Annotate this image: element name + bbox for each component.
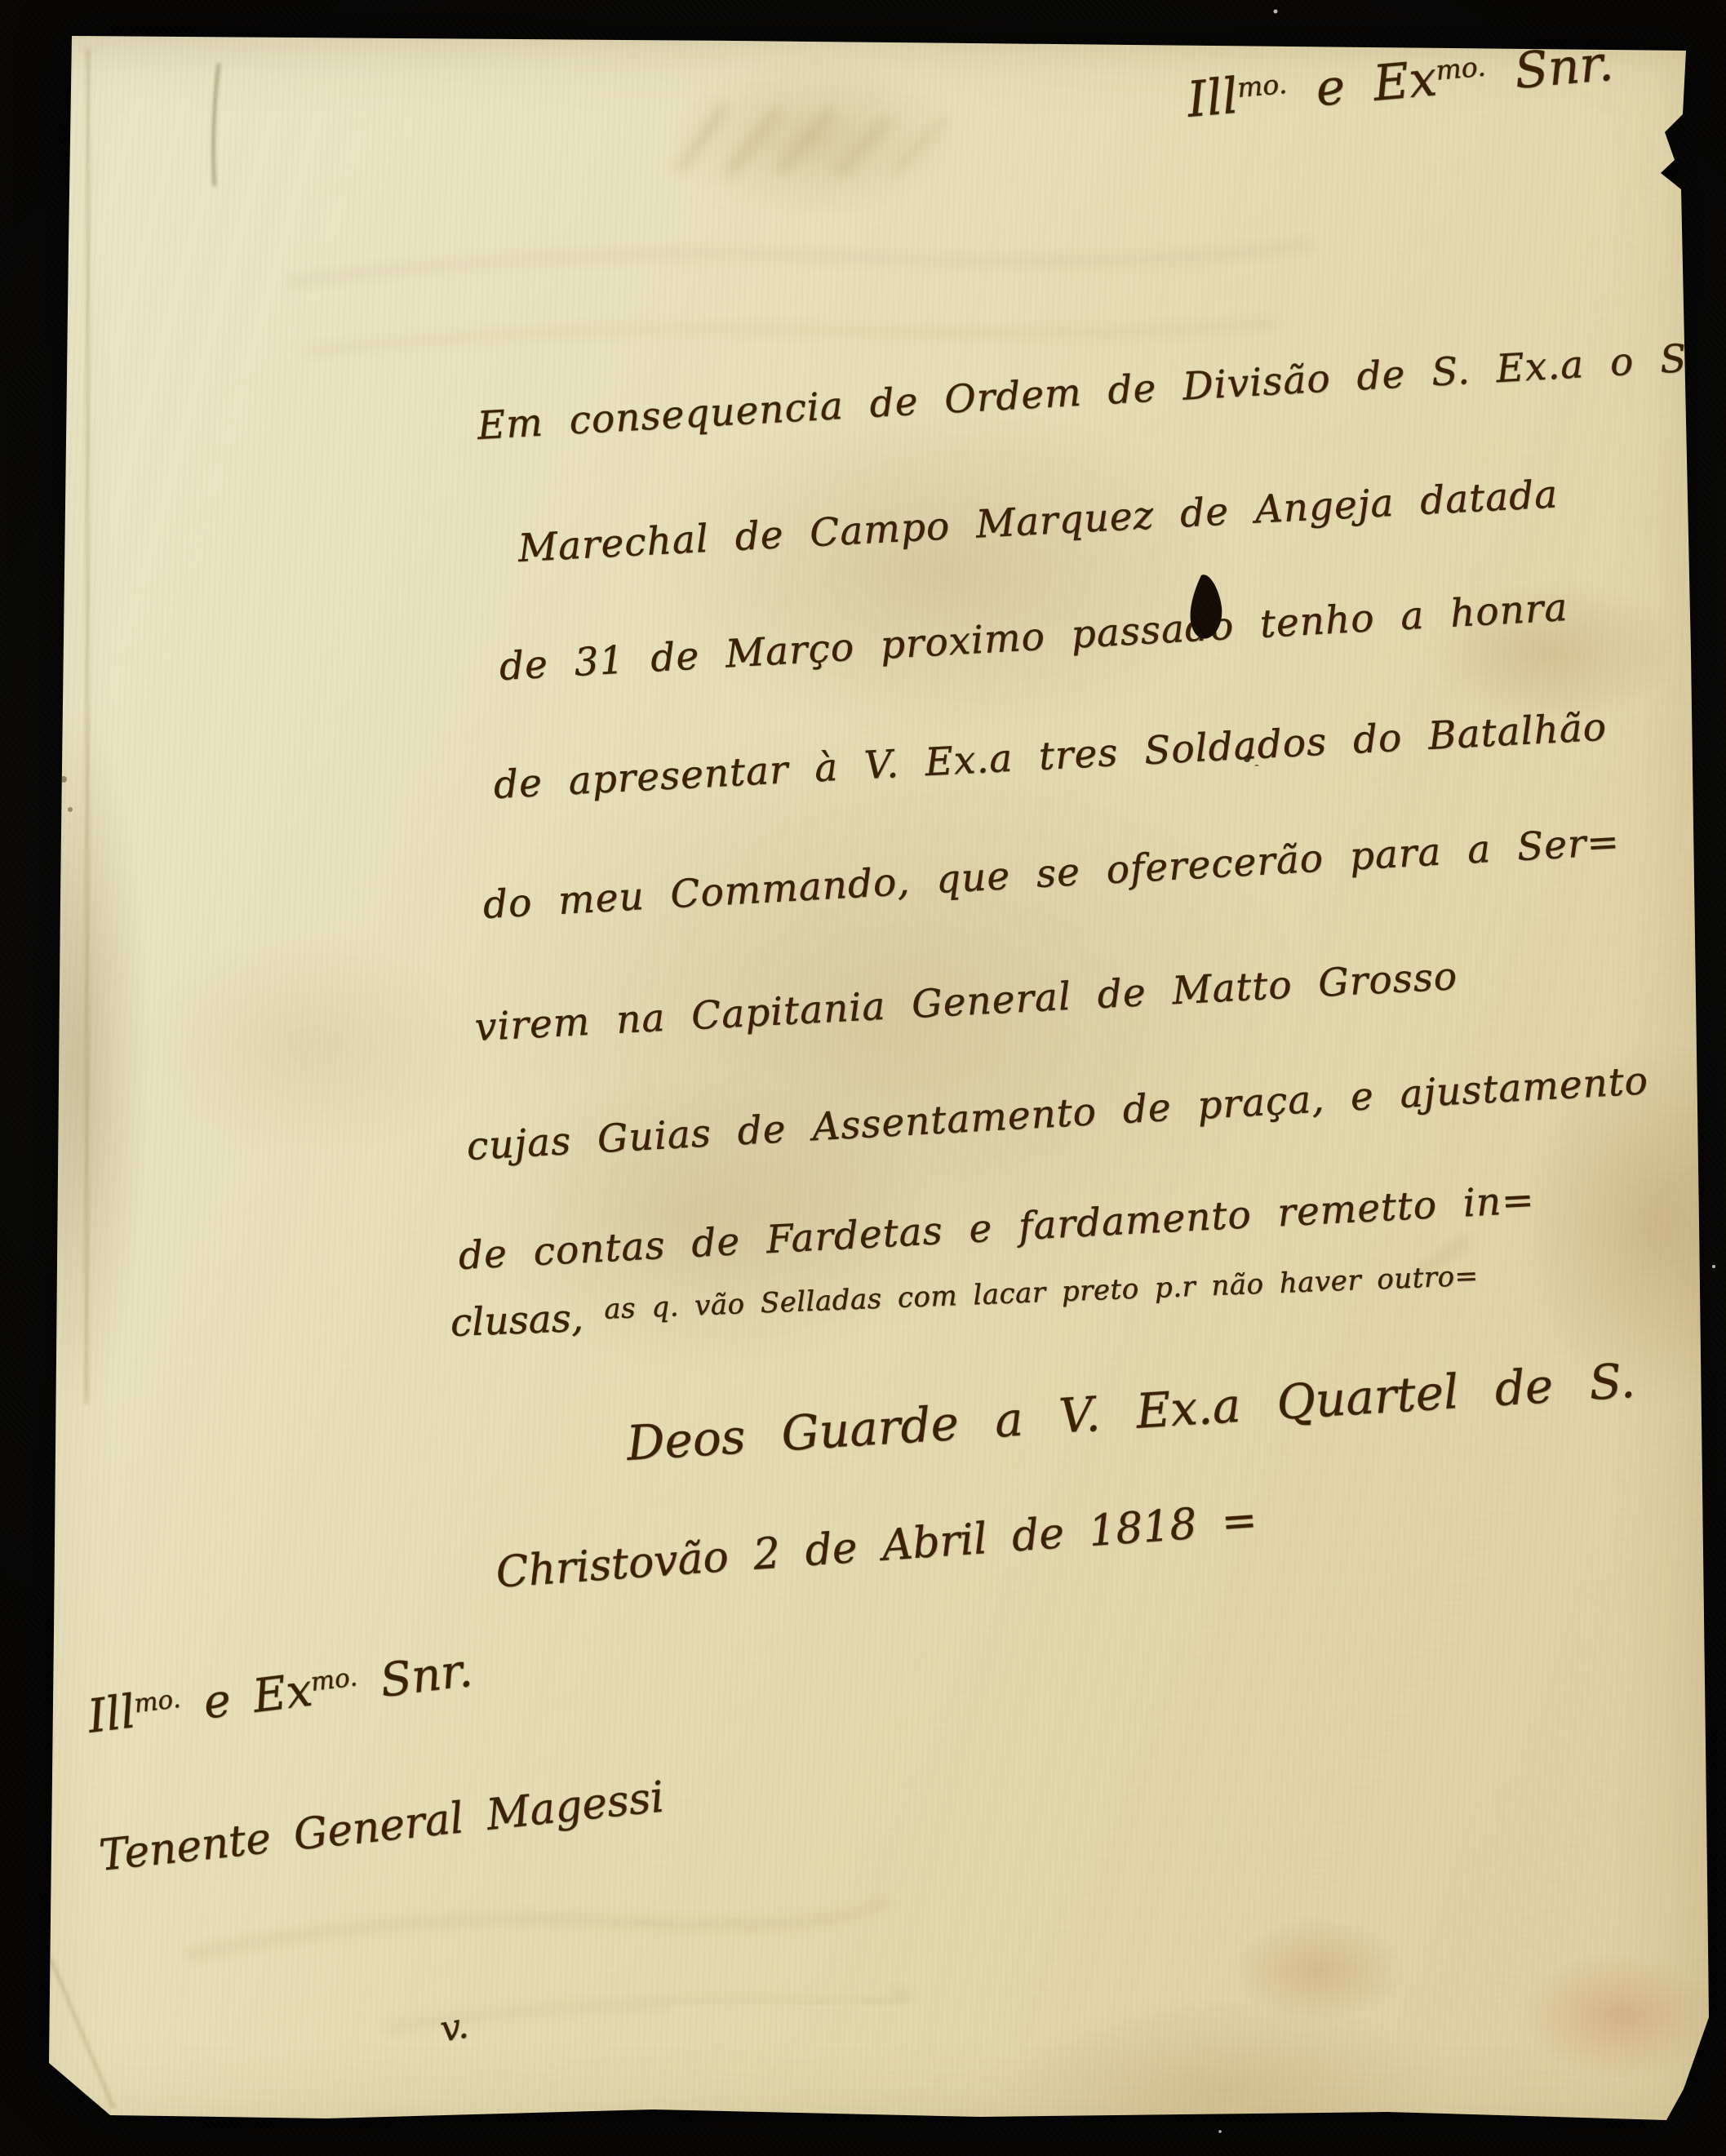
cloth-specks xyxy=(0,0,1726,2156)
photo-background: Illmo. e Exmo. Snr. Em consequencia de O… xyxy=(0,0,1726,2156)
